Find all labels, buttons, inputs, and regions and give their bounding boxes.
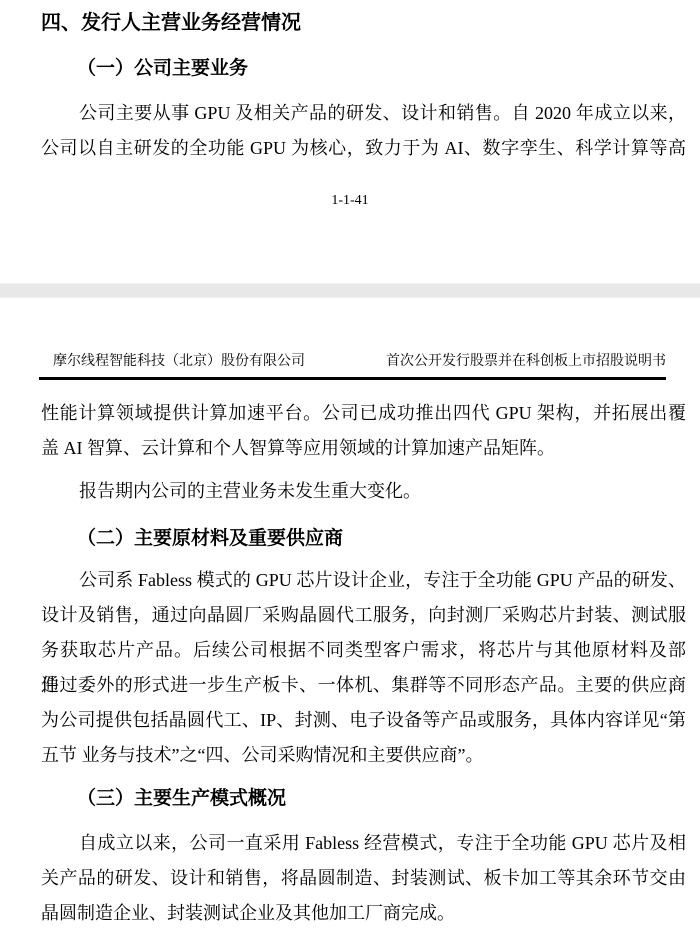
body-line: 务获取芯片产品。后续公司根据不同类型客户需求，将芯片与其他原材料及部件， bbox=[41, 633, 686, 668]
body-line: 晶圆制造企业、封装测试企业及其他加工厂商完成。 bbox=[41, 896, 686, 931]
header-company-name: 摩尔线程智能科技（北京）股份有限公司 bbox=[39, 354, 305, 370]
body-line: 设计及销售，通过向晶圆厂采购晶圆代工服务，向封测厂采购芯片封装、测试服 bbox=[41, 598, 686, 633]
page-number: 1-1-41 bbox=[0, 193, 700, 209]
header-rule bbox=[39, 377, 666, 380]
body-line: 自成立以来，公司一直采用 Fabless 经营模式，专注于全功能 GPU 芯片及… bbox=[41, 826, 686, 861]
body-line: 盖 AI 智算、云计算和个人智算等应用领域的计算加速产品矩阵。 bbox=[41, 431, 686, 466]
document-viewer: 四、发行人主营业务经营情况 （一）公司主要业务 公司主要从事 GPU 及相关产品… bbox=[0, 0, 700, 931]
page-header: 摩尔线程智能科技（北京）股份有限公司 首次公开发行股票并在科创板上市招股说明书 bbox=[39, 352, 666, 370]
subsection-heading-3: （三）主要生产模式概况 bbox=[77, 788, 286, 809]
body-line: 公司系 Fabless 模式的 GPU 芯片设计企业，专注于全功能 GPU 产品… bbox=[41, 563, 686, 598]
body-line: 公司以自主研发的全功能 GPU 为核心，致力于为 AI、数字孪生、科学计算等高 bbox=[41, 131, 686, 166]
header-doc-title: 首次公开发行股票并在科创板上市招股说明书 bbox=[386, 354, 666, 370]
subsection-heading-1: （一）公司主要业务 bbox=[77, 58, 248, 79]
body-line: 五节 业务与技术”之“四、公司采购情况和主要供应商”。 bbox=[41, 738, 686, 773]
body-line: 为公司提供包括晶圆代工、IP、封测、电子设备等产品或服务，具体内容详见“第 bbox=[41, 703, 686, 738]
body-line: 性能计算领域提供计算加速平台。公司已成功推出四代 GPU 架构，并拓展出覆 bbox=[41, 396, 686, 431]
section-heading: 四、发行人主营业务经营情况 bbox=[41, 12, 301, 34]
subsection-heading-2: （二）主要原材料及重要供应商 bbox=[77, 528, 343, 549]
body-line: 关产品的研发、设计和销售，将晶圆制造、封装测试、板卡加工等其余环节交由 bbox=[41, 861, 686, 896]
body-line: 报告期内公司的主营业务未发生重大变化。 bbox=[41, 474, 686, 509]
body-line: 通过委外的形式进一步生产板卡、一体机、集群等不同形态产品。主要的供应商 bbox=[41, 668, 686, 703]
body-line: 公司主要从事 GPU 及相关产品的研发、设计和销售。自 2020 年成立以来， bbox=[41, 96, 686, 131]
page-separator bbox=[0, 283, 700, 298]
